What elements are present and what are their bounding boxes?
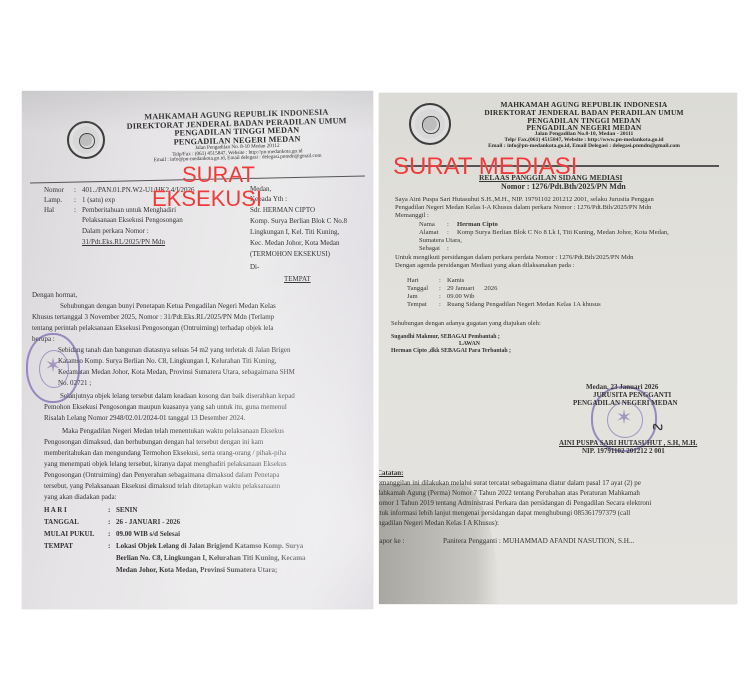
schedule-day: H A R I:SENIN <box>44 505 137 515</box>
schedule-date: TANGGAL:26 - JANUARI - 2026 <box>44 517 180 527</box>
hal-continuation-1: Pelaksanaan Eksekusi Pengosongan <box>82 215 183 226</box>
recipient-line-5: Kec. Medan Johor, Kota Medan <box>250 238 340 249</box>
court-stamp-icon <box>26 333 80 403</box>
intro-line-3: Memanggil : <box>395 211 429 220</box>
court-emblem-icon <box>409 103 451 145</box>
schedule-place: TEMPAT:Lokasi Objek Lelang di Jalan Brig… <box>44 541 303 551</box>
purpose-line-2: Dengan agenda persidangan Mediasi yang a… <box>395 261 574 270</box>
case-number: 31/Pdt.Eks.RL/2025/PN Mdn <box>82 237 165 248</box>
letterhead-email: Email : info@pn-medankota.go.id, Email D… <box>449 144 719 150</box>
defendant: Herman Cipto ,dkk SEBAGAI Para Terbantah… <box>391 347 511 355</box>
recipient-line-6: (TERMOHON EKSEKUSI) <box>250 249 330 260</box>
recipient-line-8: TEMPAT <box>284 274 311 285</box>
plaintiff: Sugandhi Makmur, SEBAGAI Pembantah ; <box>391 333 500 341</box>
overlay-label-line1: SURAT <box>182 164 255 186</box>
lawsuit-intro: Sehubungan dengan adanya gugatan yang di… <box>391 319 541 328</box>
eviction-letter-photo: MAHKAMAH AGUNG REPUBLIK INDONESIA DIREKT… <box>22 91 373 609</box>
document-number: Nomor : 1276/Pdt.Bth/2025/PN Mdn <box>501 182 626 193</box>
hal-continuation-2: Dalam perkara Nomor : <box>82 226 149 237</box>
report-to: Lapor ke :Panitera Pengganti : MUHAMMAD … <box>379 536 634 546</box>
recipient-line-4: Lingkungan I, Kel. Titi Kuning, <box>250 227 339 238</box>
intro-line-2: Pengadilan Negeri Medan Kelas I-A Khusus… <box>395 203 651 212</box>
salutation: Dengan hormat, <box>32 290 77 301</box>
letterhead: MAHKAMAH AGUNG REPUBLIK INDONESIA DIREKT… <box>111 108 362 165</box>
overlay-label-line2: EKSEKUSI <box>152 188 262 210</box>
party-role: Sebagai: <box>419 244 457 253</box>
schedule-time: MULAI PUKUL:09.00 WIB s/d Selesai <box>44 529 180 539</box>
letterhead: MAHKAMAH AGUNG REPUBLIK INDONESIA DIREKT… <box>449 101 719 150</box>
recipient-line-3: Komp. Surya Berlian Blok C No.8 <box>250 216 347 227</box>
field-lamp: Lamp.:1 (satu) exp <box>44 195 115 205</box>
court-emblem-icon <box>67 121 105 159</box>
mediation-summons-photo: MAHKAMAH AGUNG REPUBLIK INDONESIA DIREKT… <box>379 93 737 604</box>
schedule-place: Tempat:Ruang Sidang Pengadilan Negeri Me… <box>407 300 601 309</box>
overlay-label: SURAT MEDIASI <box>393 155 577 179</box>
recipient-line-7: Di- <box>250 262 259 273</box>
